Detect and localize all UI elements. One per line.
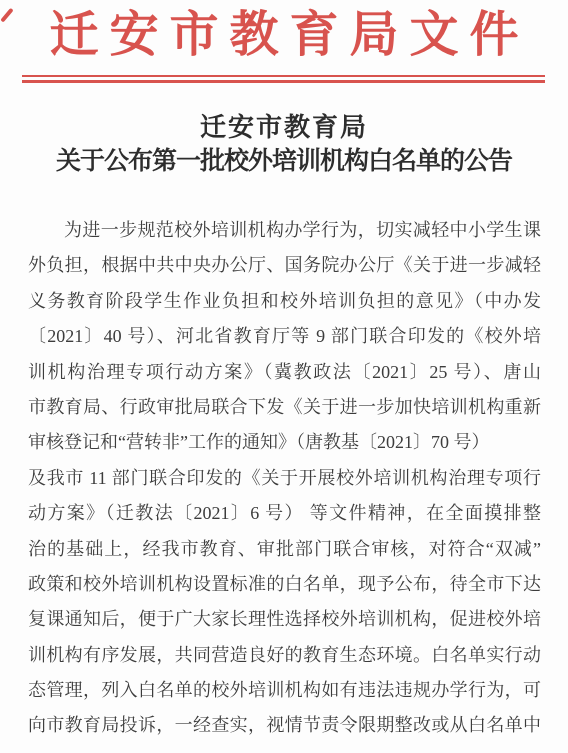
document-title: 迁安市教育局 关于公布第一批校外培训机构白名单的公告: [0, 111, 568, 180]
body-line-6: 市教育局、行政审批局联合下发《关于进一步加快培训机构重新: [28, 390, 541, 425]
body-line-8: 及我市 11 部门联合印发的《关于开展校外培训机构治理专项行: [28, 461, 541, 496]
body-line-7: 审核登记和“营转非”工作的通知》（唐教基〔2021〕70 号）: [28, 425, 541, 460]
body-line-10: 治的基础上，经我市教育、审批部门联合审核，对符合“双减”: [28, 532, 541, 567]
body-line-12: 复课通知后，便于广大家长理性选择校外培训机构，促进校外培: [28, 602, 541, 637]
body-line-11: 政策和校外培训机构设置标准的白名单，现予公布，待全市下达: [28, 567, 541, 602]
body-line-1: 为进一步规范校外培训机构办学行为，切实减轻中小学生课: [28, 213, 541, 248]
document-header-banner: 迁安市教育局文件: [0, 8, 568, 62]
body-line-5: 训机构治理专项行动方案》（冀教政法〔2021〕25 号）、唐山: [28, 355, 541, 390]
body-line-14: 态管理，列入白名单的校外培训机构如有违法违规办学行为，可: [28, 673, 541, 708]
body-line-2: 外负担，根据中共中央办公厅、国务院办公厅《关于进一步减轻: [28, 248, 541, 283]
header-divider-line: [22, 75, 545, 83]
body-line-3: 义务教育阶段学生作业负担和校外培训负担的意见》（中办发: [28, 284, 541, 319]
body-text: 为进一步规范校外培训机构办学行为，切实减轻中小学生课外负担，根据中共中央办公厅、…: [28, 213, 541, 744]
body-line-9: 动方案》（迁教法〔2021〕6 号） 等文件精神，在全面摸排整: [28, 496, 541, 531]
document-page: 迁安市教育局文件 迁安市教育局 关于公布第一批校外培训机构白名单的公告 为进一步…: [0, 0, 568, 753]
title-issuer: 迁安市教育局: [0, 111, 568, 144]
body-line-4: 〔2021〕40 号）、河北省教育厅等 9 部门联合印发的《校外培: [28, 319, 541, 354]
body-line-15: 向市教育局投诉，一经查实，视情节责令限期整改或从白名单中: [28, 708, 541, 743]
title-subject: 关于公布第一批校外培训机构白名单的公告: [0, 144, 568, 180]
body-line-13: 训机构有序发展，共同营造良好的教育生态环境。白名单实行动: [28, 638, 541, 673]
